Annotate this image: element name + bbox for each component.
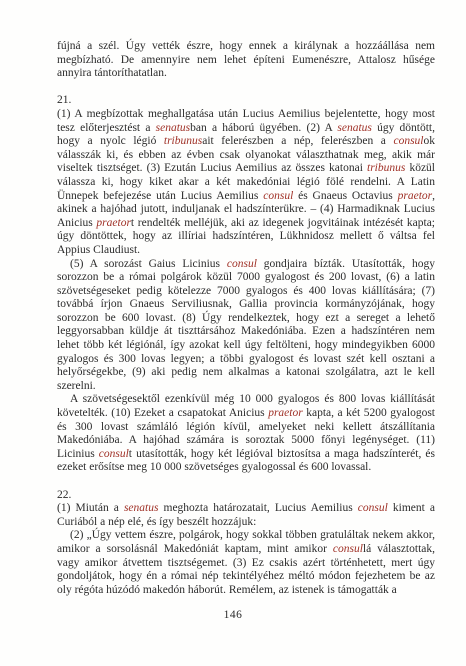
text-run: ait felerészben a nép, felerészben a (202, 135, 393, 147)
paragraph: (2) „Úgy vettem észre, polgárok, hogy so… (57, 529, 435, 597)
latin-term: senatus (124, 502, 159, 514)
text-run: (1) Miután a (57, 502, 124, 514)
latin-term: consul (227, 258, 257, 270)
latin-term: consul (393, 135, 423, 147)
chapter-number: 21. (57, 94, 435, 108)
text-run: meghozta határozatait, Lucius Aemilius (158, 502, 357, 514)
latin-term: praetor (398, 190, 433, 202)
latin-term: praetor (268, 407, 303, 419)
paragraph: A szövetségesektől ezenkívül még 10 000 … (57, 393, 435, 475)
text-run: és Gnaeus Octavius (293, 190, 397, 202)
text-run: ban a háború ügyében. (2) A (190, 122, 337, 134)
latin-term: consul (333, 543, 363, 555)
paragraph: fújná a szél. Úgy vették észre, hogy enn… (57, 40, 435, 81)
text-run: 22. (57, 489, 71, 501)
latin-term: consul (263, 190, 293, 202)
text-run: fújná a szél. Úgy vették észre, hogy enn… (57, 40, 435, 79)
text-run: (5) A sorozást Gaius Licinius (70, 258, 227, 270)
page-number: 146 (0, 609, 466, 621)
latin-term: consul (358, 502, 388, 514)
paragraph: (1) A megbízottak meghallgatása után Luc… (57, 108, 435, 258)
chapter-number: 22. (57, 489, 435, 503)
latin-term: consul (99, 448, 129, 460)
latin-term: praetor (96, 217, 131, 229)
book-page: fújná a szél. Úgy vették észre, hogy enn… (0, 0, 466, 666)
latin-term: senatus (156, 122, 191, 134)
text-run: gondjaira bízták. Utasították, hogy soro… (57, 258, 435, 392)
text-run: 21. (57, 94, 71, 106)
paragraph: (1) Miután a senatus meghozta határozata… (57, 502, 435, 529)
latin-term: tribunus (164, 135, 202, 147)
latin-term: senatus (337, 122, 372, 134)
paragraph: (5) A sorozást Gaius Licinius consul gon… (57, 258, 435, 394)
latin-term: tribunus (367, 162, 405, 174)
text-block: fújná a szél. Úgy vették észre, hogy enn… (57, 40, 435, 597)
